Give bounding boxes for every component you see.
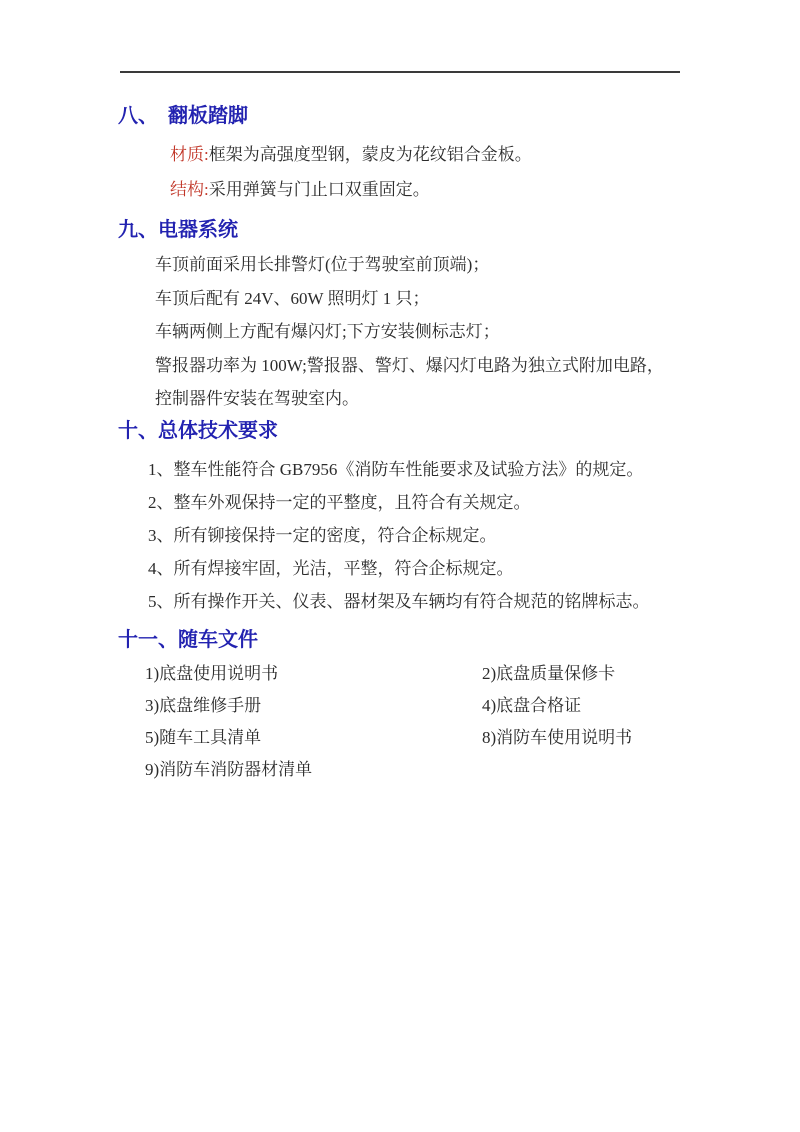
list-item-empty [482,760,800,780]
list-item: 5)随车工具清单 [145,728,482,748]
document-page: 八、 翻板踏脚 材质:框架为高强度型钢，蒙皮为花纹铝合金板。 结构:采用弹簧与门… [0,0,800,1132]
section-heading-electrical-system: 九、电器系统 [118,218,800,242]
requirement-item: 5、所有操作开关、仪表、器材架及车辆均有符合规范的铭牌标志。 [148,592,800,612]
requirement-item: 4、所有焊接牢固，光洁，平整，符合企标规定。 [148,559,800,579]
electrical-line: 车顶后配有 24V、60W 照明灯 1 只； [155,289,800,309]
material-label: 材质: [170,145,209,164]
requirement-item: 3、所有铆接保持一定的密度，符合企标规定。 [148,526,800,546]
header-rule [120,71,680,73]
list-item: 2)底盘质量保修卡 [482,664,800,684]
material-text: 框架为高强度型钢，蒙皮为花纹铝合金板。 [209,145,532,164]
list-item: 1)底盘使用说明书 [145,664,482,684]
list-item: 3)底盘维修手册 [145,696,482,716]
list-item: 9)消防车消防器材清单 [145,760,482,780]
requirement-item: 2、整车外观保持一定的平整度，且符合有关规定。 [148,493,800,513]
document-list: 1)底盘使用说明书 2)底盘质量保修卡 3)底盘维修手册 4)底盘合格证 5)随… [145,664,800,780]
electrical-line: 警报器功率为 100W;警报器、警灯、爆闪灯电路为独立式附加电路， [155,356,800,376]
structure-label: 结构: [170,180,209,199]
section-heading-technical-requirements: 十、总体技术要求 [118,419,800,443]
section-heading-accompanying-documents: 十一、随车文件 [118,628,800,652]
electrical-line: 车顶前面采用长排警灯(位于驾驶室前顶端)； [155,255,800,275]
electrical-line: 车辆两侧上方配有爆闪灯;下方安装侧标志灯； [155,322,800,342]
material-line: 材质:框架为高强度型钢，蒙皮为花纹铝合金板。 [170,145,800,165]
structure-text: 采用弹簧与门止口双重固定。 [209,180,430,199]
list-item: 8)消防车使用说明书 [482,728,800,748]
electrical-line: 控制器件安装在驾驶室内。 [155,389,800,409]
requirement-item: 1、整车性能符合 GB7956《消防车性能要求及试验方法》的规定。 [148,460,800,480]
structure-line: 结构:采用弹簧与门止口双重固定。 [170,180,800,200]
list-item: 4)底盘合格证 [482,696,800,716]
section-heading-flap-step: 八、 翻板踏脚 [118,104,800,128]
